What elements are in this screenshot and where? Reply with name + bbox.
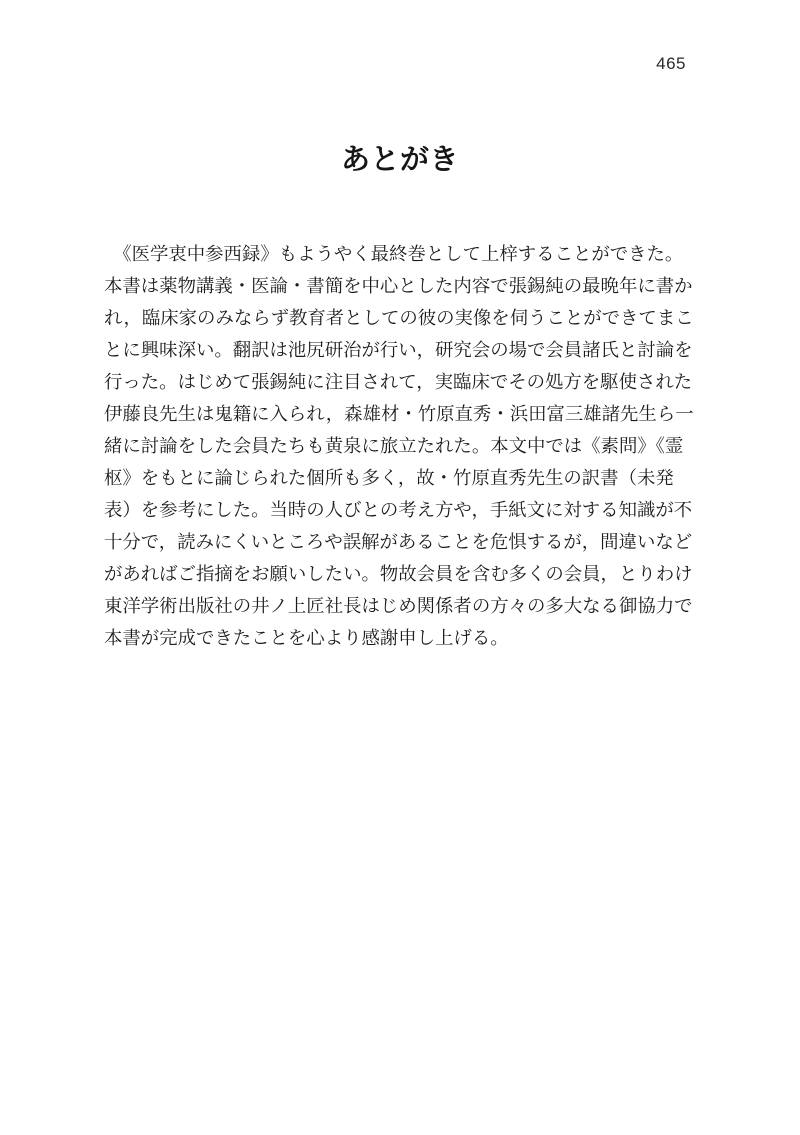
page-number: 465 — [656, 53, 686, 75]
body-line: 十分で，読みにくいところや誤解があることを危惧するが，間違いなど — [104, 526, 698, 558]
body-line: があればご指摘をお願いしたい。物故会員を含む多くの会員，とりわけ — [104, 558, 698, 590]
body-line: とに興味深い。翻訳は池尻研治が行い，研究会の場で会員諸氏と討論を — [104, 334, 698, 366]
book-page: 465 あとがき 《医学衷中参西録》もようやく最終巻として上梓することができた。… — [0, 0, 800, 1135]
body-line: 本書が完成できたことを心より感謝申し上げる。 — [104, 622, 698, 654]
afterword-paragraph: 《医学衷中参西録》もようやく最終巻として上梓することができた。 本書は薬物講義・… — [104, 238, 698, 654]
body-line: 表）を参考にした。当時の人びとの考え方や，手紙文に対する知識が不 — [104, 494, 698, 526]
body-line: 行った。はじめて張錫純に注目されて，実臨床でその処方を駆使された — [104, 366, 698, 398]
body-line: 伊藤良先生は鬼籍に入られ，森雄材・竹原直秀・浜田富三雄諸先生ら一 — [104, 398, 698, 430]
body-line: 《医学衷中参西録》もようやく最終巻として上梓することができた。 — [104, 238, 698, 270]
body-line: 枢》をもとに論じられた個所も多く，故・竹原直秀先生の訳書（未発 — [104, 462, 698, 494]
body-line: れ，臨床家のみならず教育者としての彼の実像を伺うことができてまこ — [104, 302, 698, 334]
body-line: 緒に討論をした会員たちも黄泉に旅立たれた。本文中では《素問》《霊 — [104, 430, 698, 462]
body-line: 東洋学術出版社の井ノ上匠社長はじめ関係者の方々の多大なる御協力で — [104, 590, 698, 622]
chapter-title: あとがき — [0, 140, 800, 180]
body-line: 本書は薬物講義・医論・書簡を中心とした内容で張錫純の最晩年に書か — [104, 270, 698, 302]
